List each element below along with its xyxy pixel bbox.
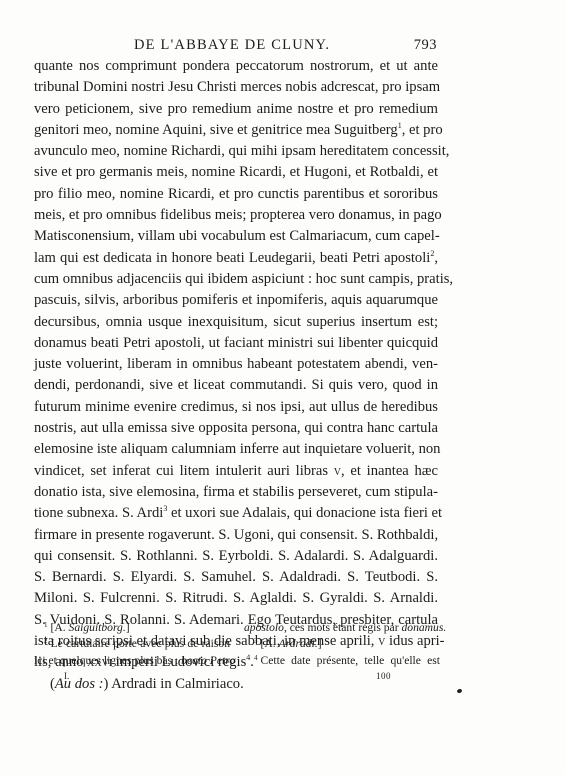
text-line: quante nos comprimunt pondera peccatorum… [34,56,438,77]
text-line: tione subnexa. S. Ardi3 et uxori sue Ada… [34,503,438,524]
running-head: DE L'ABBAYE DE CLUNY. 793 [34,37,437,57]
text-line: genitori meo, nomine Aquini, sive et gen… [34,120,438,141]
text-line: S. Bernardi. S. Elyardi. S. Samuhel. S. … [34,567,438,588]
running-title: DE L'ABBAYE DE CLUNY. [134,37,330,54]
text-line: avunculo meo, nomine Richardi, qui mihi … [34,141,438,162]
text-line: nostris, aut ulla emissa sive opposita p… [34,418,438,439]
text-line: pascuis, silvis, arboribus pomiferis et … [34,290,438,311]
text-line: sive et pro germanis meis, nomine Ricard… [34,162,438,183]
text-line: dendi, perdonandi, sive et liceat commut… [34,375,438,396]
ink-speck [456,688,462,693]
footnote-2: 2Le cartulaire porte avec plus de raison [34,636,230,652]
text-line: futurum minime evenire credimus, si nos … [34,397,438,418]
text-line: firmare in presente rogaverunt. S. Ugoni… [34,525,438,546]
footnotes-right-column: apostolo, ces mots étant régis par donam… [244,620,440,669]
text-line: elemosine iste aliquam calumniam inferre… [34,439,438,460]
roman-numeral: v [334,463,341,479]
sheet-signature: 100 [376,671,391,681]
text-line: pro filio meo, nomine Ricardi, et pro cu… [34,184,438,205]
dorse-label: Au dos : [55,676,104,692]
text-line: donatio ista, sive elemosina, firma et s… [34,482,438,503]
text-line: Matisconensium, villam ubi vocabulum est… [34,226,438,247]
text-line: Miloni. S. Fulcrenni. S. Ritrudi. S. Agl… [34,588,438,609]
text-line: decursibus, omnia usque inexquisitum, si… [34,312,438,333]
text-line: donamus beati Petri apostoli, ut faciant… [34,333,438,354]
page-number: 793 [414,37,437,54]
text-line: meis, et pro omnibus fidelibus meis; pro… [34,205,438,226]
text-line: tribunal Domini nostri Jesu Christi merc… [34,77,438,98]
volume-signature: I. [64,671,69,681]
charter-text: quante nos comprimunt pondera peccatorum… [34,56,438,695]
text-line: juste voluerint, liberam in omnibus habe… [34,354,438,375]
text-line: qui consensit. S. Rothlanni. S. Eyrboldi… [34,546,438,567]
footnote-2-cont: ici et quelques lignes plus bas : beato … [34,653,230,669]
footnote-3: 3[A. Ardradi.] [244,636,440,652]
footnotes-left-column: 1[A. Saiguitborg.] 2Le cartulaire porte … [34,620,230,669]
footnote-4: 4Cette date présente, telle qu'elle est [244,653,440,669]
text-line: lam qui est dedicata in honore beati Leu… [34,248,438,269]
text-line: vero peticionem, sive pro remedium anime… [34,99,438,120]
footnote-2-cont: apostolo, ces mots étant régis par donam… [244,620,440,636]
text-line: vindicet, set inferat cui litem intuleri… [34,461,438,482]
text-line: cum omnibus adjacenciis qui ibidem aspic… [34,269,438,290]
footnote-1: 1[A. Saiguitborg.] [34,620,230,636]
